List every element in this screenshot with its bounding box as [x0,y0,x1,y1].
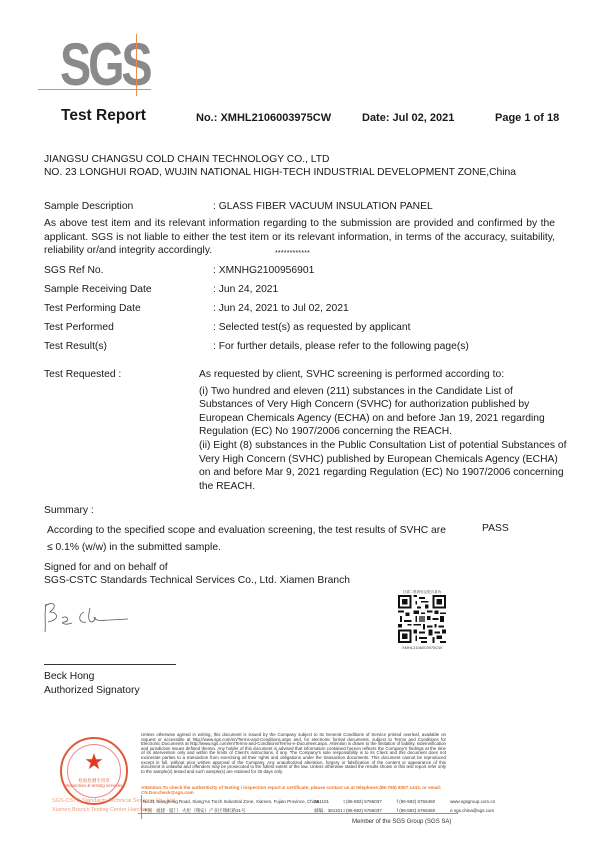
signature-line [44,664,176,665]
footer-address-en-row: No.31 Xianghong Road, Xiang'An Torch Ind… [143,797,583,806]
signed-line-2: SGS-CSTC Standards Technical Services Co… [44,574,350,587]
footer-postcode-en: 361101 [314,797,342,806]
sample-description-value: : GLASS FIBER VACUUM INSULATION PANEL [213,200,433,213]
report-title: Test Report [61,107,146,125]
qr-code-icon[interactable] [398,595,446,643]
separator: ************ [275,250,310,257]
report-date: Date: Jul 02, 2021 [362,112,454,124]
summary-label: Summary : [44,504,94,517]
verification-qr[interactable]: 扫描二维码验证报告真伪 XMHL2106003975CW [396,590,448,656]
footer-address-en: No.31 Xianghong Road, Xiang'An Torch Ind… [143,797,313,806]
test-requested-body: As requested by client, SVHC screening i… [199,368,569,493]
field-test-performed: Test Performed : Selected test(s) as req… [44,321,564,337]
seal-star-icon: ★ [62,751,126,773]
field-test-performing-date: Test Performing Date : Jun 24, 2021 to J… [44,302,564,318]
signed-line-1: Signed for and on behalf of [44,561,350,574]
logo-horizontal-line [38,89,151,90]
field-value: : Jun 24, 2021 to Jul 02, 2021 [213,302,349,315]
field-test-results: Test Result(s) : For further details, pl… [44,340,564,356]
company-seal: ★ 检验检测专用章 Inspection & testing services [60,737,128,805]
field-sample-receiving-date: Sample Receiving Date : Jun 24, 2021 [44,283,564,299]
signer-title: Authorized Signatory [44,684,140,698]
footer-member-text: Member of the SGS Group (SGS SA) [352,819,451,825]
footer-tel-en: t (86-592) 5766037 [344,797,396,806]
test-requested-item-1: (i) Two hundred and eleven (211) substan… [199,385,569,439]
signed-on-behalf: Signed for and on behalf of SGS-CSTC Sta… [44,561,350,587]
field-label: Test Result(s) [44,340,107,353]
footer-fax-en: f (86-592) 5766460 [397,797,449,806]
footer-attention-text: Attention:To check the authenticity of t… [141,785,451,795]
signature-image [40,596,140,636]
applicant-name: JIANGSU CHANGSU COLD CHAIN TECHNOLOGY CO… [44,153,516,166]
test-requested-item-2: (ii) Eight (8) substances in the Public … [199,439,569,493]
applicant-address: NO. 23 LONGHUI ROAD, WUJIN NATIONAL HIGH… [44,166,516,179]
summary-line-2: ≤ 0.1% (w/w) in the submitted sample. [47,539,446,556]
logo-vertical-line [136,34,137,96]
field-value: : Jun 24, 2021 [213,283,278,296]
page-indicator: Page 1 of 18 [495,112,559,124]
footer-website-link[interactable]: www.sgsgroup.com.cn [450,797,495,806]
test-requested-intro: As requested by client, SVHC screening i… [199,368,569,382]
footer-vertical-rule [141,795,142,819]
field-value: : XMNHG2100956901 [213,264,314,277]
field-label: Sample Receiving Date [44,283,152,296]
seal-text-en: Inspection & testing services [62,783,126,788]
sgs-logo: SGS [38,34,156,96]
field-label: SGS Ref No. [44,264,104,277]
signer-block: Beck Hong Authorized Signatory [44,670,140,698]
field-value: : For further details, please refer to t… [213,340,469,353]
applicant-block: JIANGSU CHANGSU COLD CHAIN TECHNOLOGY CO… [44,153,516,179]
sample-description-label: Sample Description [44,200,133,213]
seal-text: 检验检测专用章 Inspection & testing services [62,778,126,788]
summary-line-1: According to the specified scope and eva… [47,522,446,539]
report-number: No.: XMHL2106003975CW [196,112,331,124]
footer-legal-text: Unless otherwise agreed in writing, this… [141,733,446,774]
footer-horizontal-rule [138,813,458,814]
summary-text: According to the specified scope and eva… [47,522,446,556]
field-sgs-ref-no: SGS Ref No. : XMNHG2100956901 [44,264,564,280]
test-requested-label: Test Requested : [44,368,121,381]
qr-caption-bottom: XMHL2106003975CW [396,645,448,650]
summary-result-badge: PASS [482,522,509,535]
field-label: Test Performed [44,321,114,334]
field-value: : Selected test(s) as requested by appli… [213,321,410,334]
signer-name: Beck Hong [44,670,140,684]
field-label: Test Performing Date [44,302,141,315]
